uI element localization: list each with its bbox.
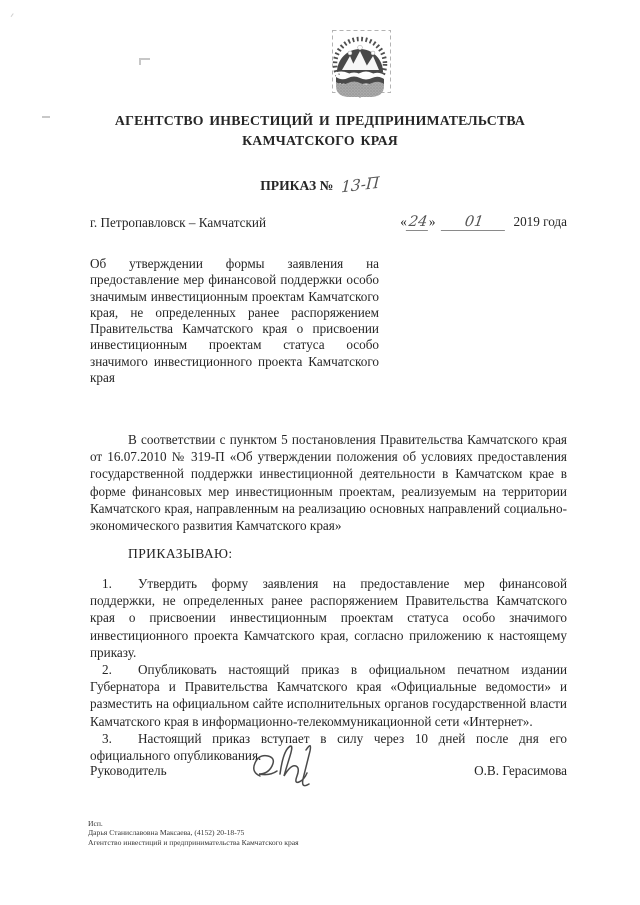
resolution-heading: ПРИКАЗЫВАЮ: [90, 546, 233, 562]
executor-label: Исп. [88, 819, 299, 828]
order-subject: Об утверждении формы заявления на предос… [90, 256, 379, 386]
date-month-handwritten: 01 [441, 214, 507, 231]
item-number: 1. [102, 575, 138, 592]
date-field: «24»012019 года [400, 214, 567, 231]
order-number-handwritten: 13-П [341, 174, 380, 197]
date-day-handwritten: 24 [406, 214, 430, 231]
order-item-2: 2.Опубликовать настоящий приказ в официа… [90, 661, 567, 730]
dateline: г. Петропавловск – Камчатский «24»012019… [90, 214, 567, 231]
agency-title-line1: АГЕНТСТВО ИНВЕСТИЦИЙ И ПРЕДПРИНИМАТЕЛЬСТ… [0, 111, 640, 131]
item-text: Утвердить форму заявления на предоставле… [90, 576, 567, 660]
city-label: г. Петропавловск – Камчатский [90, 215, 266, 231]
executor-contact: Дарья Станиславовна Максаева, (4152) 20-… [88, 828, 299, 837]
scan-artifact [139, 58, 150, 65]
order-preamble: В соответствии с пунктом 5 постановления… [90, 431, 567, 534]
scan-artifact [7, 11, 13, 17]
scanned-order-page: АГЕНТСТВО ИНВЕСТИЦИЙ И ПРЕДПРИНИМАТЕЛЬСТ… [0, 0, 640, 905]
order-item-1: 1.Утвердить форму заявления на предостав… [90, 575, 567, 661]
order-items: 1.Утвердить форму заявления на предостав… [90, 575, 567, 764]
item-text: Опубликовать настоящий приказ в официаль… [90, 662, 567, 729]
order-heading: ПРИКАЗ №13-П [0, 176, 640, 194]
item-number: 3. [102, 730, 138, 747]
agency-title-line2: КАМЧАТСКОГО КРАЯ [0, 131, 640, 151]
signer-position: Руководитель [90, 763, 167, 779]
order-label: ПРИКАЗ № [260, 178, 333, 193]
signer-name: О.В. Герасимова [474, 763, 567, 779]
executor-footer: Исп. Дарья Станиславовна Максаева, (4152… [88, 819, 299, 847]
agency-title: АГЕНТСТВО ИНВЕСТИЦИЙ И ПРЕДПРИНИМАТЕЛЬСТ… [0, 111, 640, 151]
date-year: 2019 года [513, 214, 567, 229]
kamchatka-coat-of-arms-icon [328, 30, 392, 98]
handwritten-signature-icon [248, 738, 344, 794]
item-number: 2. [102, 661, 138, 678]
executor-agency: Агентство инвестиций и предпринимательст… [88, 838, 299, 847]
